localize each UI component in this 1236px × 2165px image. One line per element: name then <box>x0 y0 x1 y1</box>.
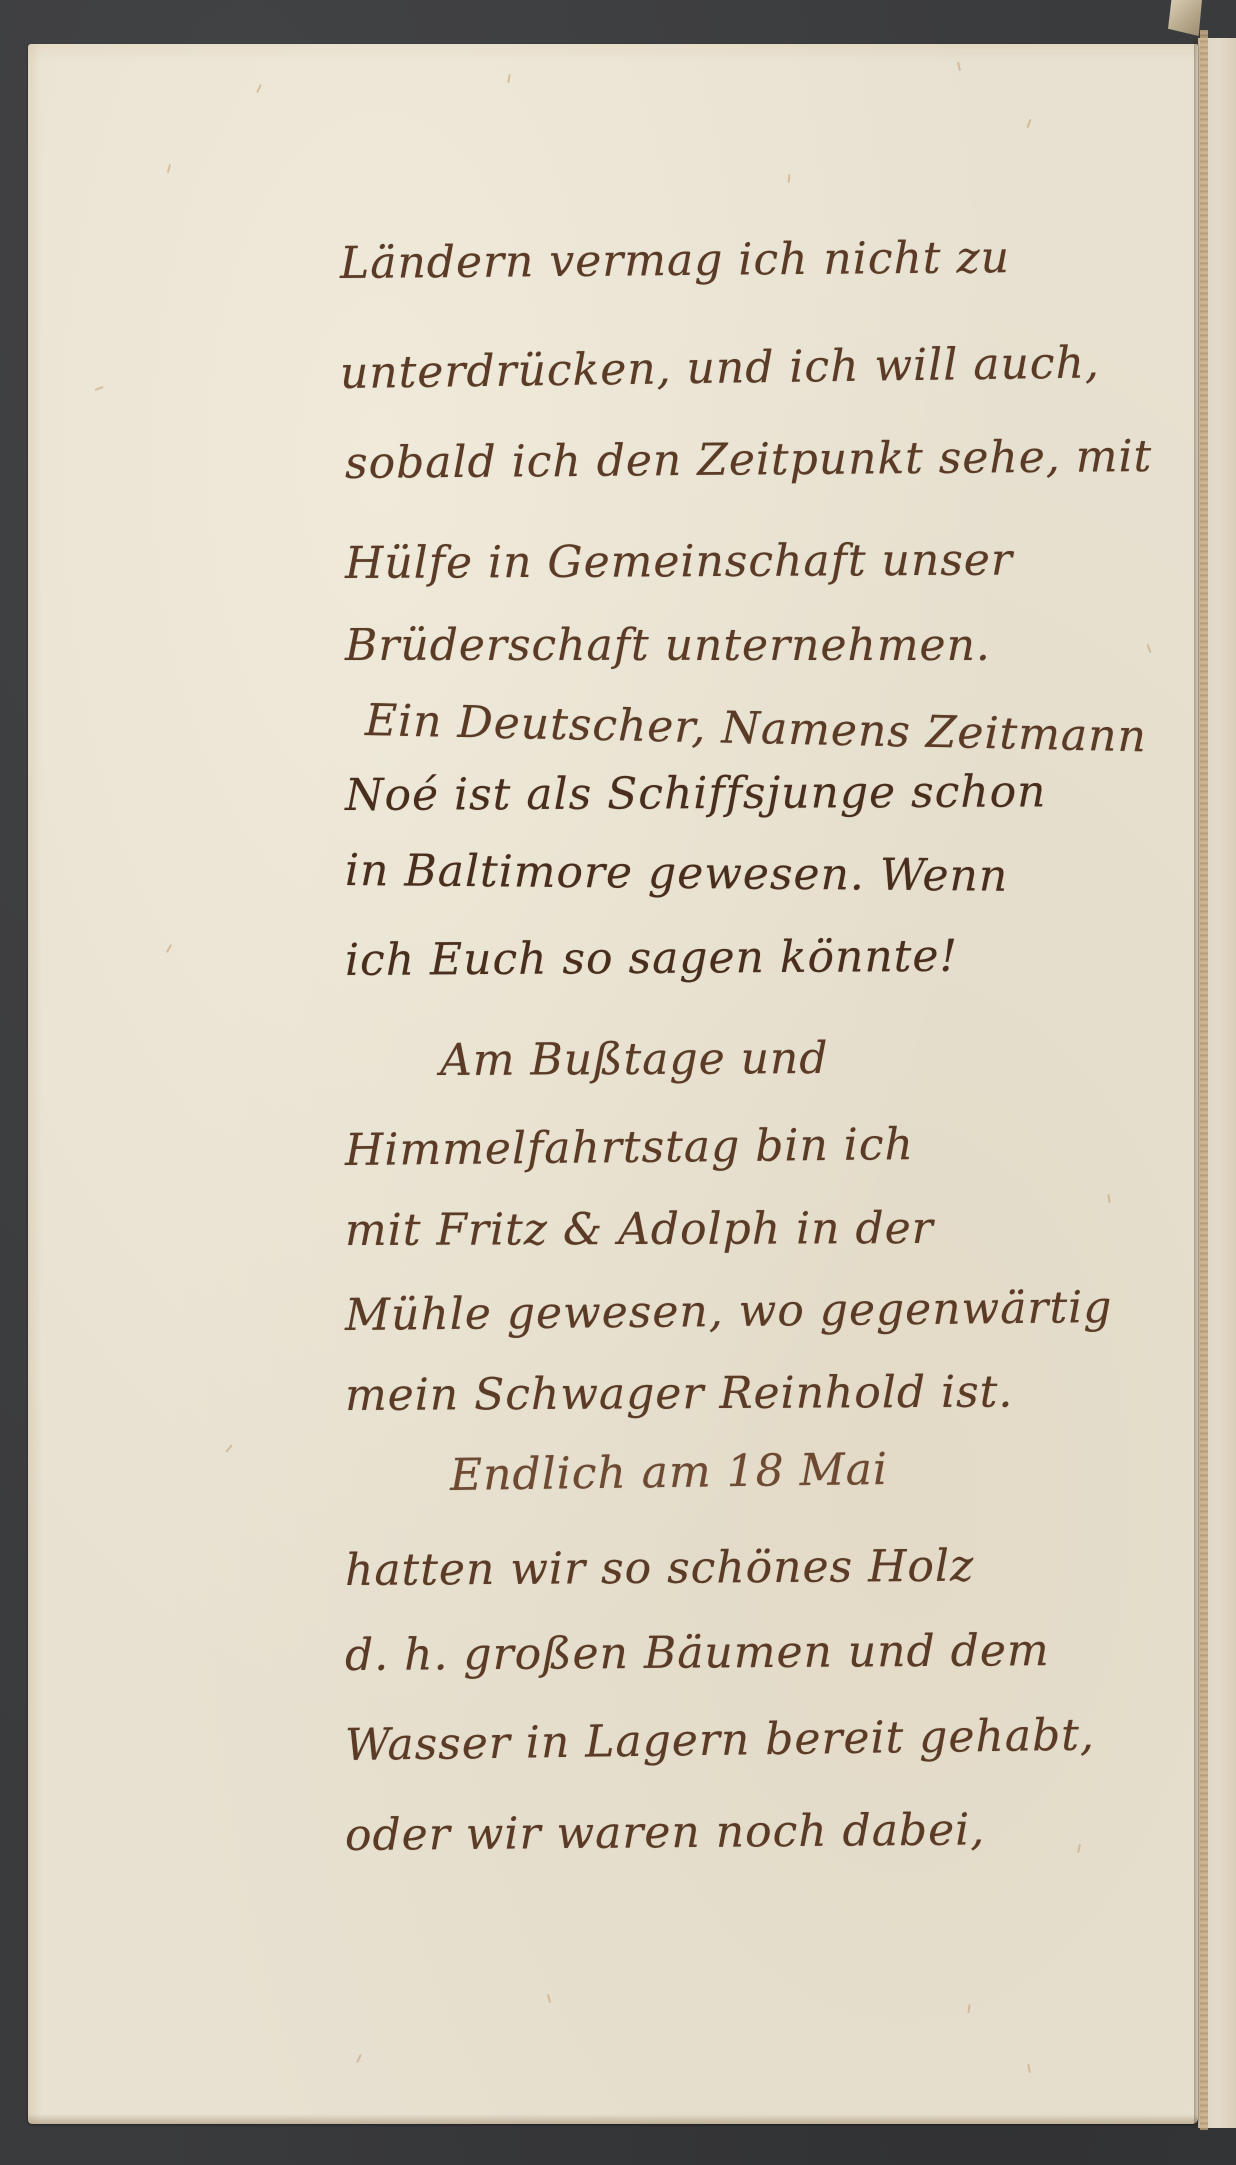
manuscript-line: Mühle gewesen, wo gegenwärtig <box>345 1282 1113 1341</box>
manuscript-line: in Baltimore gewesen. Wenn <box>345 845 1009 902</box>
manuscript-line: unterdrücken, und ich will auch, <box>340 337 1101 399</box>
manuscript-line: mit Fritz & Adolph in der <box>345 1203 934 1256</box>
handwritten-text-block: Ländern vermag ich nicht zu unterdrücken… <box>0 0 1236 2165</box>
manuscript-line: Ländern vermag ich nicht zu <box>340 232 1010 289</box>
manuscript-line: Brüderschaft unternehmen. <box>345 620 991 671</box>
manuscript-line: mein Schwager Reinhold ist. <box>345 1367 1014 1421</box>
manuscript-line: Ein Deutscher, Namens Zeitmann <box>364 695 1147 762</box>
manuscript-line: oder wir waren noch dabei, <box>345 1804 986 1861</box>
manuscript-line: Wasser in Lagern bereit gehabt, <box>345 1710 1096 1771</box>
manuscript-line: Himmelfahrtstag bin ich <box>345 1119 914 1176</box>
manuscript-line: Endlich am 18 Mai <box>450 1444 889 1501</box>
manuscript-line: hatten wir so schönes Holz <box>345 1541 975 1596</box>
manuscript-line: Hülfe in Gemeinschaft unser <box>345 535 1013 589</box>
manuscript-line: sobald ich den Zeitpunkt sehe, mit <box>345 431 1153 489</box>
manuscript-line: d. h. großen Bäumen und dem <box>345 1625 1050 1681</box>
manuscript-line: Noé ist als Schiffsjunge schon <box>345 766 1047 821</box>
manuscript-line: Am Bußtage und <box>440 1033 829 1086</box>
manuscript-line: ich Euch so sagen könnte! <box>345 931 958 986</box>
